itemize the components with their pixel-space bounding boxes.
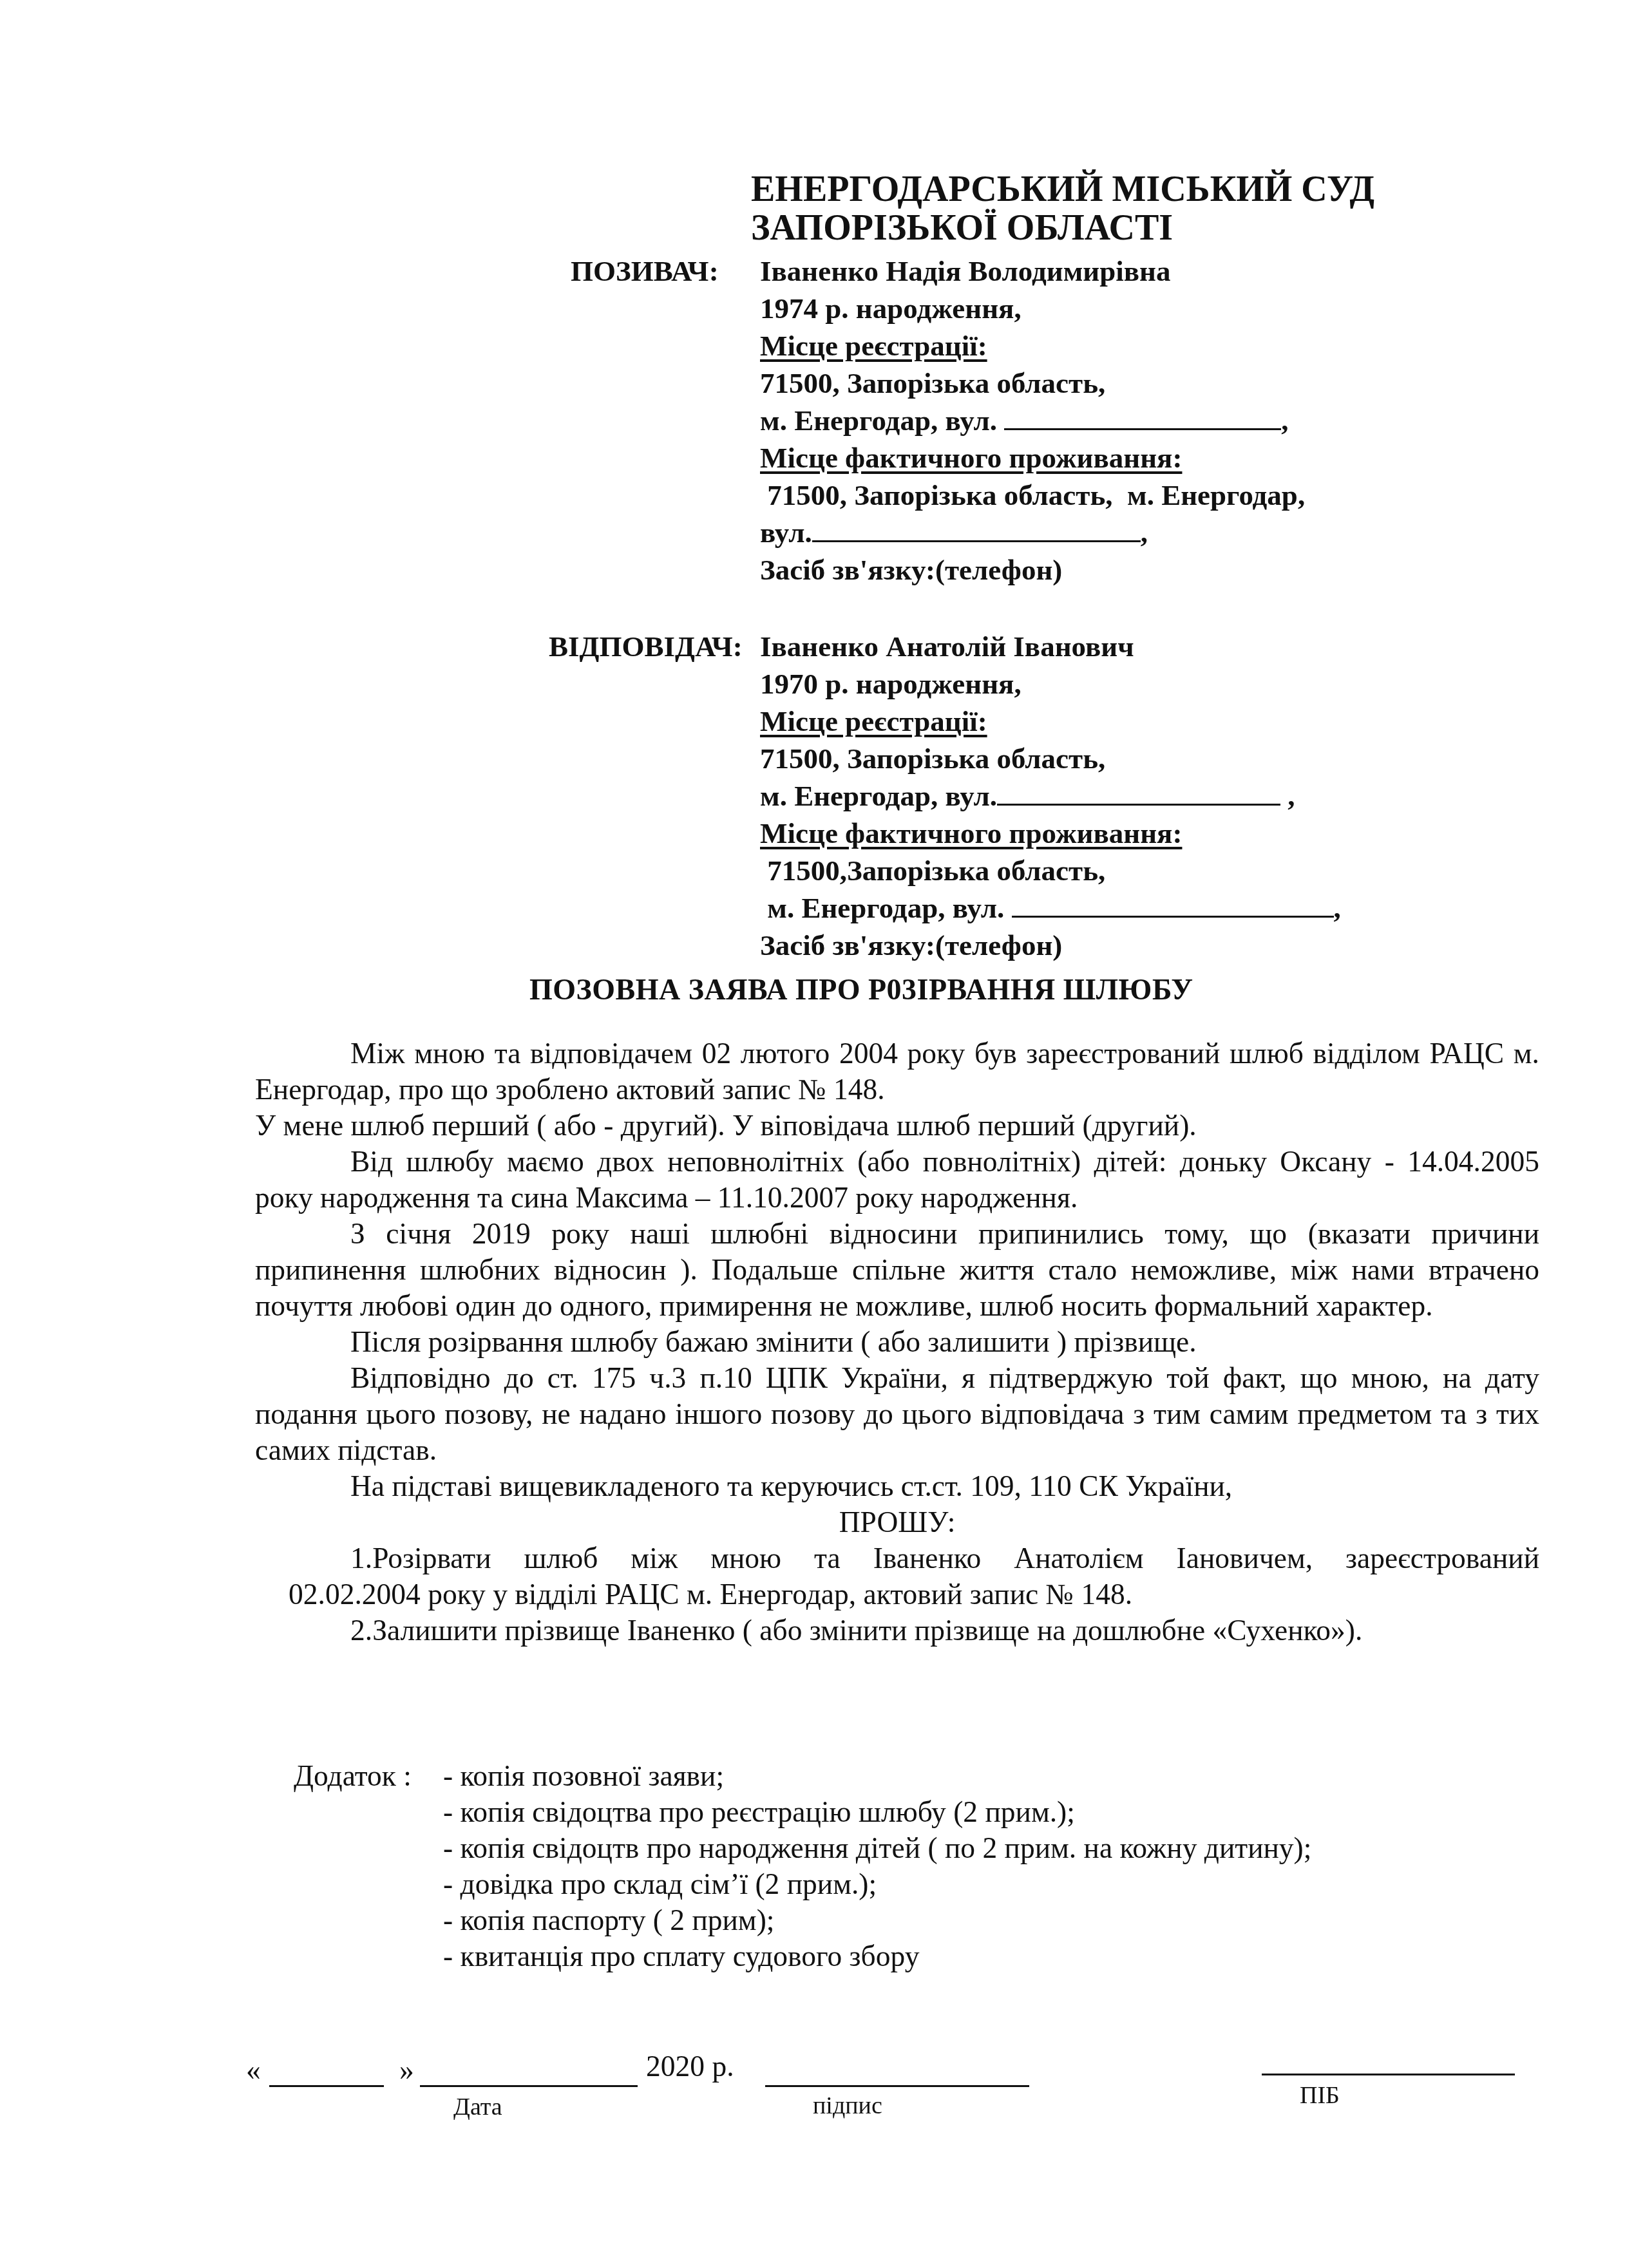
paragraph-no-other-claim: Відповідно до ст. 175 ч.3 п.10 ЦПК Украї… (255, 1360, 1539, 1468)
attachment-item: - квитанція про сплату судового збору (294, 1938, 1311, 1974)
defendant-name: Іваненко Анатолій Іванович (760, 628, 1341, 665)
year-text: 2020 р. (646, 2049, 734, 2083)
plaintiff-label: ПОЗИВАЧ: (571, 252, 719, 290)
month-blank[interactable] (420, 2085, 638, 2087)
defendant-actual-address-1: 71500,Запорізька область, (760, 852, 1341, 889)
paragraph-legal-basis: На підставі вищевикладеного та керуючись… (255, 1468, 1539, 1504)
signature-caption: підпис (813, 2092, 882, 2120)
defendant-birth: 1970 р. народження, (760, 665, 1341, 703)
paragraph-marriage-count: У мене шлюб перший ( або - другий). У ві… (255, 1108, 1539, 1144)
request-item-2: 2.Залишити прізвище Іваненко ( або зміни… (255, 1612, 1539, 1649)
plaintiff-registration-address-2: м. Енергодар, вул. , (760, 402, 1305, 439)
attachment-item: - копія свідоцтва про реєстрацію шлюбу (… (294, 1794, 1311, 1830)
plaintiff-contact: Засіб зв'язку:(телефон) (760, 551, 1305, 589)
full-name-blank[interactable] (1262, 2074, 1515, 2075)
claim-body: Між мною та відповідачем 02 лютого 2004 … (255, 1035, 1539, 1649)
paragraph-reasons: З січня 2019 року наші шлюбні відносини … (255, 1216, 1539, 1324)
defendant-actual-street-blank[interactable] (1012, 893, 1334, 918)
plaintiff-birth: 1974 р. народження, (760, 290, 1305, 327)
date-close-quote: » (399, 2053, 414, 2087)
plaintiff-actual-residence-label: Місце фактичного проживання: (760, 442, 1182, 474)
plaintiff-actual-address-1: 71500, Запорізька область, м. Енергодар, (760, 477, 1305, 514)
attachments-list: Додаток :- копія позовної заяви; - копія… (294, 1758, 1311, 1974)
plaintiff-actual-street-blank[interactable] (812, 517, 1141, 542)
plaintiff-registration-address-1: 71500, Запорізька область, (760, 364, 1305, 402)
defendant-registration-address-1: 71500, Запорізька область, (760, 740, 1341, 777)
signature-blank[interactable] (765, 2085, 1029, 2087)
full-name-caption: ПІБ (1300, 2081, 1340, 2110)
request-item-1-continued: 02.02.2004 року у відділі РАЦС м. Енерго… (255, 1576, 1539, 1612)
court-name-line1: ЕНЕРГОДАРСЬКИЙ МІСЬКИЙ СУД (751, 169, 1374, 210)
date-open-quote: « (246, 2053, 261, 2087)
defendant-actual-address-2: м. Енергодар, вул. , (760, 889, 1341, 927)
request-item-1: 1.Розірвати шлюб між мною та Іваненко Ан… (255, 1540, 1539, 1576)
defendant-contact: Засіб зв'язку:(телефон) (760, 927, 1341, 964)
attachment-item: - довідка про склад сім’ї (2 прим.); (294, 1866, 1311, 1902)
defendant-registration-street-blank[interactable] (997, 780, 1280, 806)
attachments-label: Додаток : (294, 1758, 443, 1794)
defendant-registration-address-2: м. Енергодар, вул. , (760, 777, 1341, 815)
defendant-label: ВІДПОВІДАЧ: (549, 628, 743, 665)
paragraph-marriage-registration: Між мною та відповідачем 02 лютого 2004 … (255, 1035, 1539, 1108)
defendant-registration-label: Місце реєстрації: (760, 705, 987, 737)
paragraph-children: Від шлюбу маємо двох неповнолітніх (або … (255, 1144, 1539, 1216)
attachment-item: - копія свідоцтв про народження дітей ( … (294, 1830, 1311, 1866)
plaintiff-registration-label: Місце реєстрації: (760, 330, 987, 362)
request-title: ПРОШУ: (255, 1504, 1539, 1540)
paragraph-surname: Після розірвання шлюбу бажаю змінити ( а… (255, 1324, 1539, 1360)
date-caption: Дата (453, 2093, 502, 2121)
plaintiff-registration-street-blank[interactable] (1004, 405, 1281, 430)
attachment-item: Додаток :- копія позовної заяви; (294, 1758, 1311, 1794)
day-blank[interactable] (269, 2085, 384, 2087)
plaintiff-actual-address-2: вул., (760, 514, 1305, 551)
court-name-line2: ЗАПОРІЗЬКОЇ ОБЛАСТІ (751, 207, 1173, 249)
defendant-actual-residence-label: Місце фактичного проживання: (760, 817, 1182, 849)
plaintiff-name: Іваненко Надія Володимирівна (760, 252, 1305, 290)
attachment-item: - копія паспорту ( 2 прим); (294, 1902, 1311, 1938)
document-heading: ПОЗОВНА ЗАЯВА ПРО Р03ІРВАННЯ ШЛЮБУ (529, 972, 1193, 1006)
